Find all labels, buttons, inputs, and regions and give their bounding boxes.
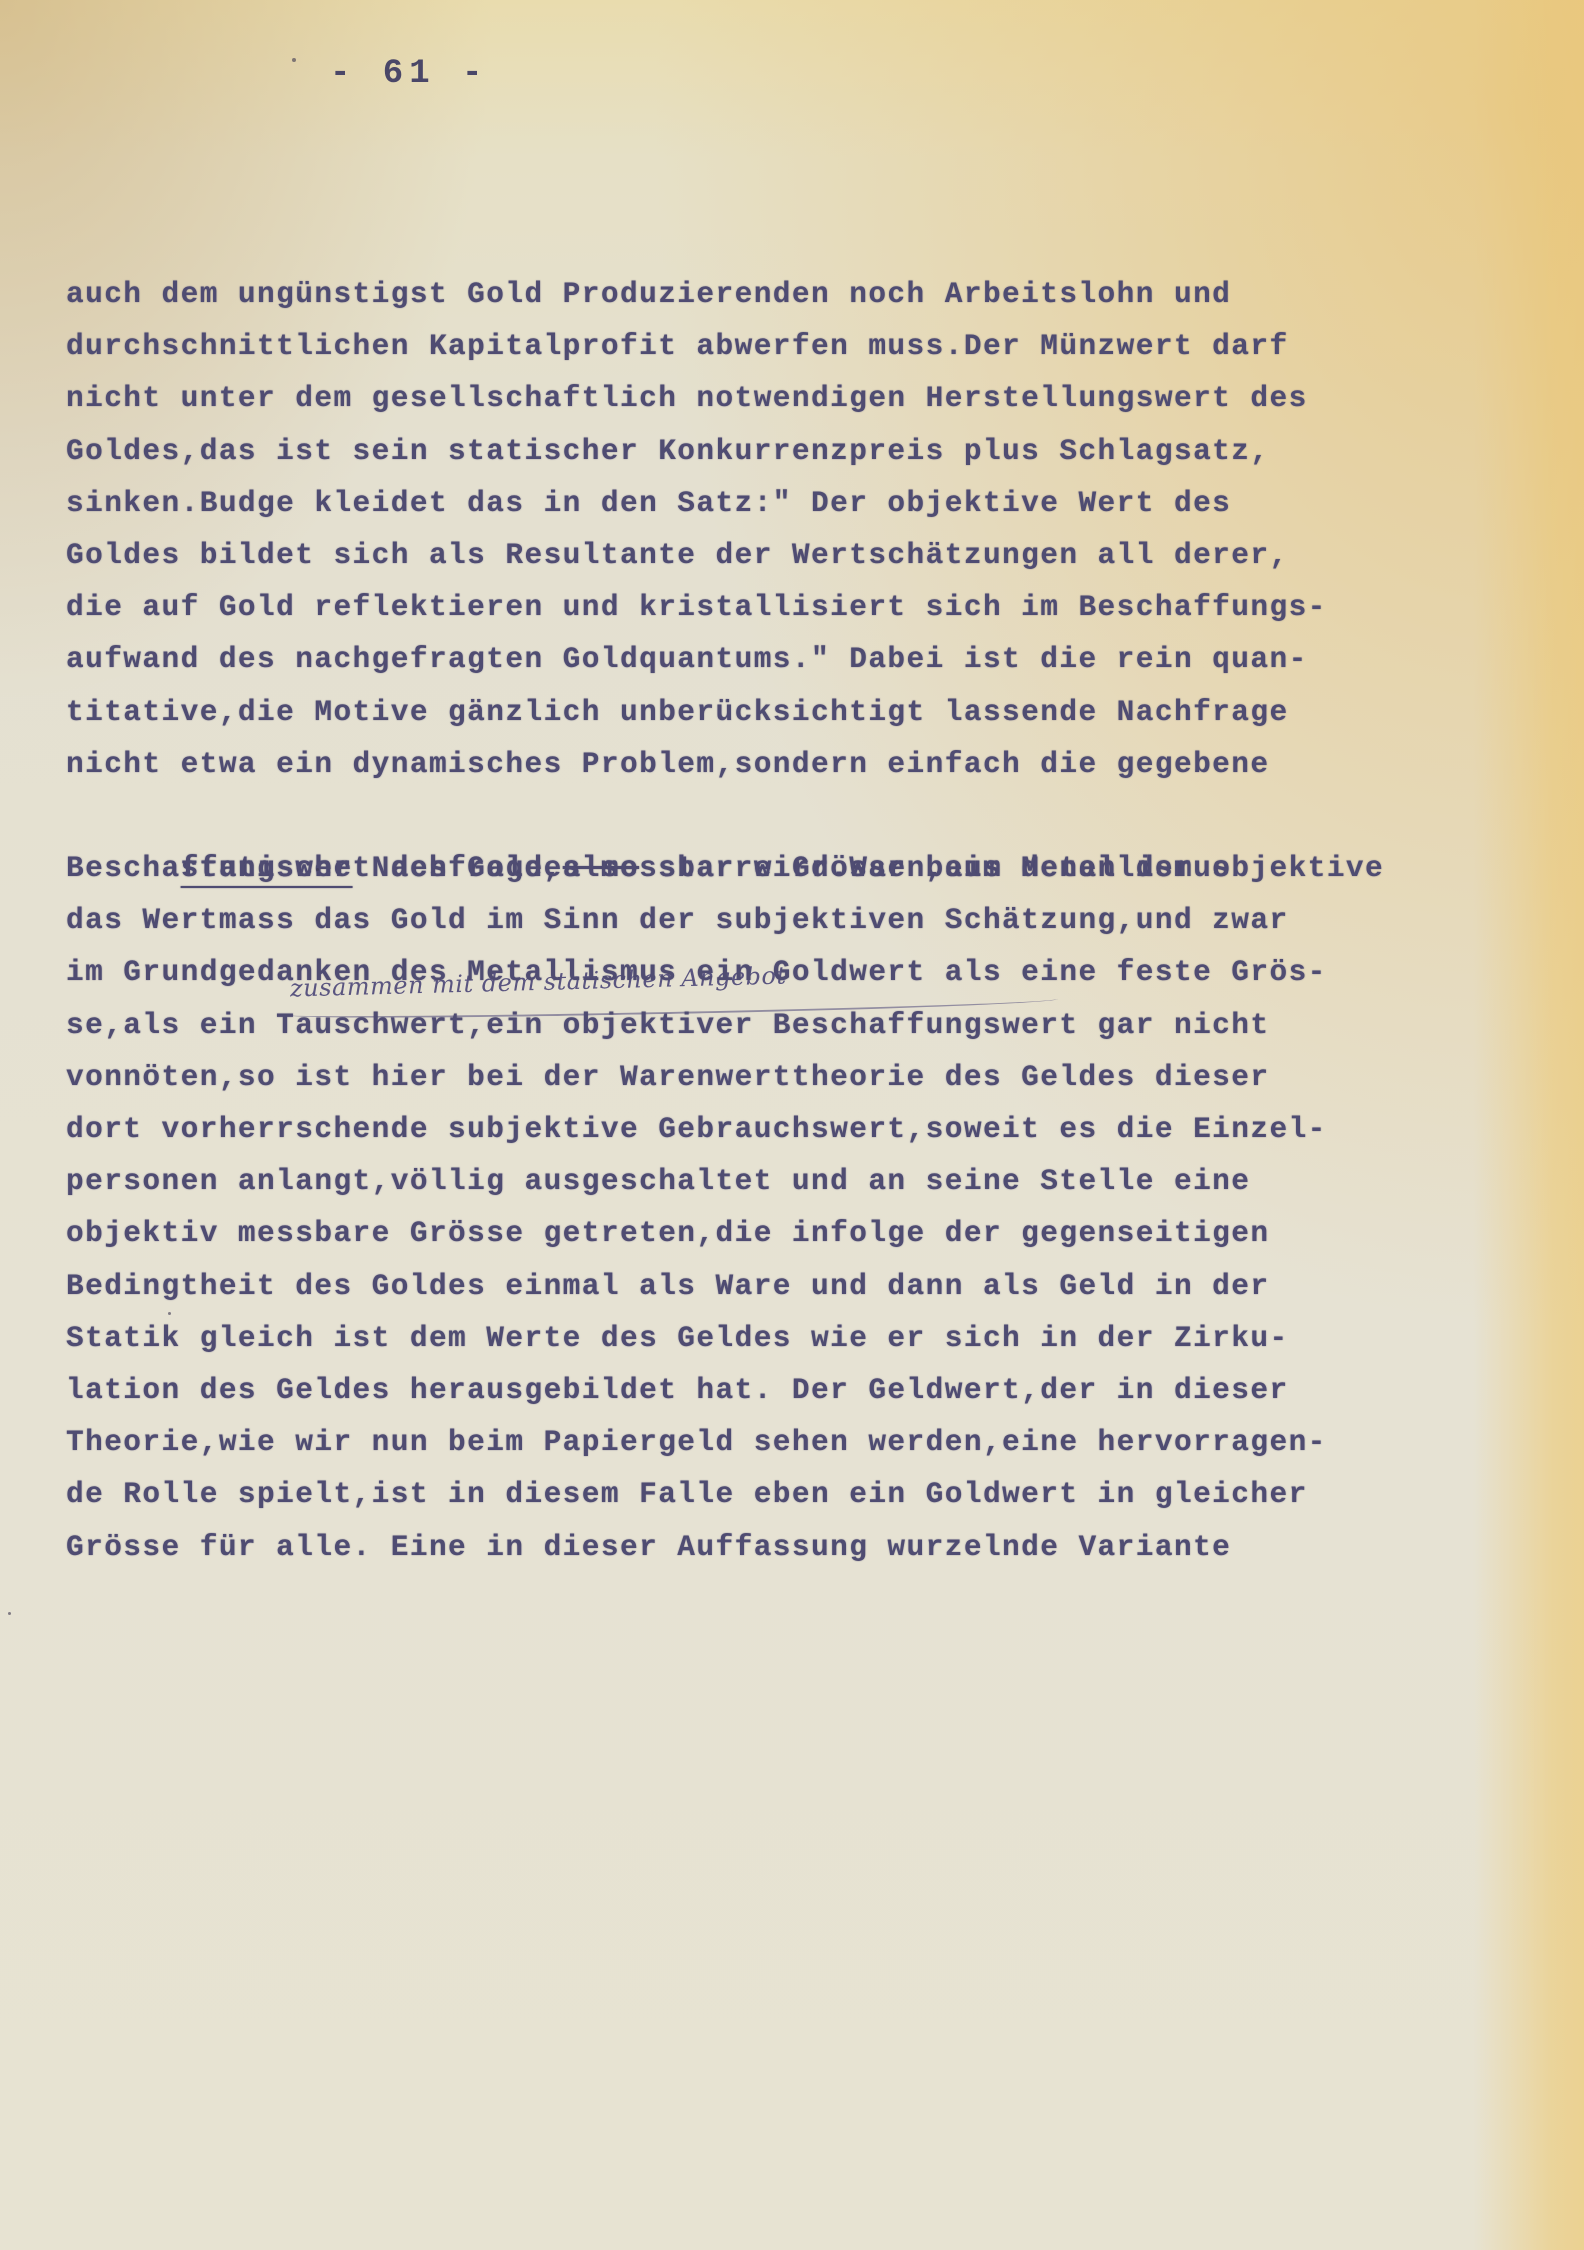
- text-line: sinken.Budge kleidet das in den Satz:" D…: [66, 477, 1556, 529]
- text-line: vonnöten,so ist hier bei der Warenwertth…: [66, 1051, 1556, 1103]
- text-line: se,als ein Tauschwert,ein objektiver Bes…: [66, 999, 1556, 1051]
- text-line-annotated: statische Nachfrage,also starre Grössen,…: [66, 790, 1556, 842]
- text-line: durchschnittlichen Kapitalprofit abwerfe…: [66, 320, 1556, 372]
- paper-speck: [168, 1312, 171, 1315]
- paper-speck: [292, 58, 296, 62]
- typewritten-body: auch dem ungünstigst Gold Produzierenden…: [66, 268, 1556, 1573]
- text-line: Grösse für alle. Eine in dieser Auffassu…: [66, 1521, 1556, 1573]
- text-line: de Rolle spielt,ist in diesem Falle eben…: [66, 1468, 1556, 1520]
- text-line: dort vorherrschende subjektive Gebrauchs…: [66, 1103, 1556, 1155]
- text-line: lation des Geldes herausgebildet hat. De…: [66, 1364, 1556, 1416]
- text-line: die auf Gold reflektieren und kristallis…: [66, 581, 1556, 633]
- text-line: im Grundgedanken des Metallismus ein Gol…: [66, 946, 1556, 998]
- paper-speck: [8, 1612, 11, 1615]
- text-line: Theorie,wie wir nun beim Papiergeld sehe…: [66, 1416, 1556, 1468]
- text-line: nicht unter dem gesellschaftlich notwend…: [66, 372, 1556, 424]
- text-line: Bedingtheit des Goldes einmal als Ware u…: [66, 1260, 1556, 1312]
- document-page: - 61 - zusammen mit dem statischen Angeb…: [0, 0, 1584, 2250]
- text-line: objektiv messbare Grösse getreten,die in…: [66, 1207, 1556, 1259]
- page-number: - 61 -: [330, 55, 488, 93]
- text-line: Goldes bildet sich als Resultante der We…: [66, 529, 1556, 581]
- text-line: Goldes,das ist sein statischer Konkurren…: [66, 425, 1556, 477]
- text-line: titative,die Motive gänzlich unberücksic…: [66, 686, 1556, 738]
- text-line: Statik gleich ist dem Werte des Geldes w…: [66, 1312, 1556, 1364]
- text-line: auch dem ungünstigst Gold Produzierenden…: [66, 268, 1556, 320]
- text-line: aufwand des nachgefragten Goldquantums."…: [66, 633, 1556, 685]
- text-line: nicht etwa ein dynamisches Problem,sonde…: [66, 738, 1556, 790]
- text-line: das Wertmass das Gold im Sinn der subjek…: [66, 894, 1556, 946]
- paper-speck: [316, 868, 319, 871]
- text-line: personen anlangt,völlig ausgeschaltet un…: [66, 1155, 1556, 1207]
- text-line: Beschaffungswert des Goldes messbar wird…: [66, 842, 1556, 894]
